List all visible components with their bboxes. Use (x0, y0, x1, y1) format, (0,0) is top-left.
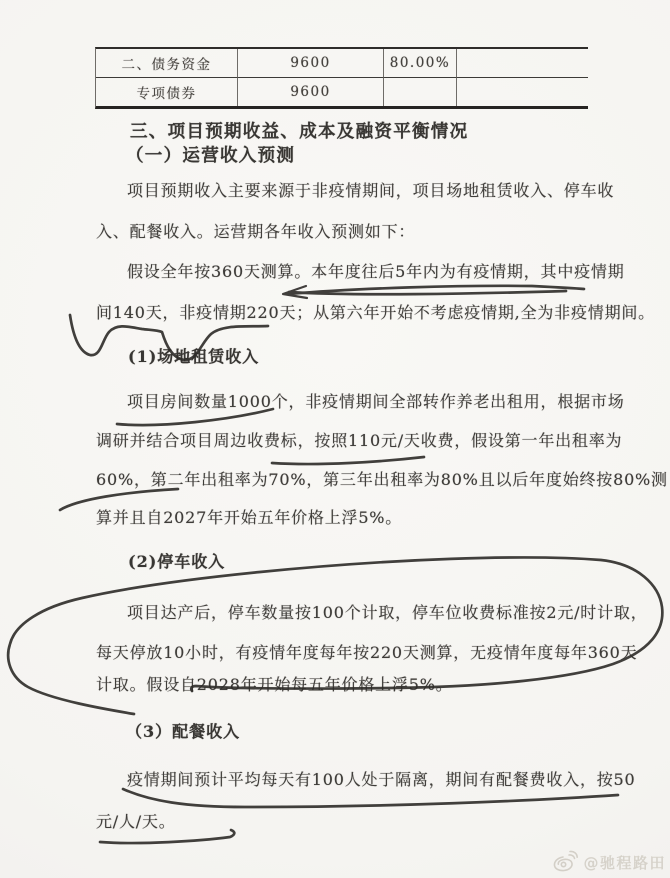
table-cell (457, 49, 588, 78)
section-title: 三、项目预期收益、成本及融资平衡情况 (130, 122, 468, 142)
table-cell: 专项债券 (96, 78, 238, 106)
heading-parking-income: (2)停车收入 (128, 552, 225, 572)
paragraph-line: 假设全年按360天测算。本年度往后5年内为有疫情期，其中疫情期 (96, 262, 637, 282)
table-cell: 9600 (238, 49, 384, 78)
paragraph-line: 疫情期间预计平均每天有100人处于隔离，期间有配餐费收入，按50 (96, 770, 637, 790)
table-cell: 二、债务资金 (96, 49, 238, 78)
pen-double-underline (289, 291, 566, 294)
paragraph-line: 元/人/天。 (96, 812, 606, 832)
paragraph-line: 间140天，非疫情期220天；从第六年开始不考虑疫情期,全为非疫情期间。 (96, 303, 606, 323)
watermark-handle: @驰程路田 (583, 852, 666, 873)
paragraph-line: 每天停放10小时，有疫情年度每年按220天测算，无疫情年度每年360天 (96, 643, 606, 663)
pen-double-underline (288, 286, 584, 294)
table-cell: 80.00% (384, 49, 457, 78)
paragraph-line: 算并且自2027年开始五年价格上浮5%。 (96, 508, 606, 528)
paragraph-line: 项目房间数量1000个，非疫情期间全部转作养老出租用，根据市场 (96, 392, 637, 412)
heading-rent-income: (1)场地租赁收入 (128, 347, 259, 367)
heading-meal-income: （3）配餐收入 (126, 722, 240, 742)
paragraph-line: 60%，第二年出租率为70%，第三年出租率为80%且以后年度始终按80%测 (96, 470, 606, 490)
pen-double-underline-arrow (283, 286, 307, 298)
pen-underline-60pct (60, 489, 178, 510)
table-cell (457, 78, 588, 106)
paragraph-line: 项目达产后，停车数量按100个计取，停车位收费标准按2元/时计取， (96, 603, 637, 623)
paragraph-line: 项目预期收入主要来源于非疫情期间，项目场地租赁收入、停车收 (96, 181, 637, 201)
table-cell: 9600 (238, 78, 384, 106)
document-photo-page: 二、债务资金 9600 80.00% 专项债券 9600 三、项目预期收益、成本… (0, 0, 670, 878)
subsection-title: （一）运营收入预测 (126, 146, 295, 166)
paragraph-line: 入、配餐收入。运营期各年收入预测如下： (96, 222, 606, 242)
financing-table: 二、债务资金 9600 80.00% 专项债券 9600 (95, 47, 588, 109)
watermark: @驰程路田 (552, 850, 666, 874)
paragraph-line: 调研并结合项目周边收费标，按照110元/天收费，假设第一年出租率为 (96, 431, 606, 451)
table-cell (384, 78, 457, 106)
weibo-logo-icon (552, 850, 578, 874)
pen-underline-rate (272, 457, 424, 464)
pen-underline-quarantine (123, 789, 618, 807)
paragraph-line: 计取。假设自2028年开始每五年价格上浮5%。 (96, 675, 606, 695)
